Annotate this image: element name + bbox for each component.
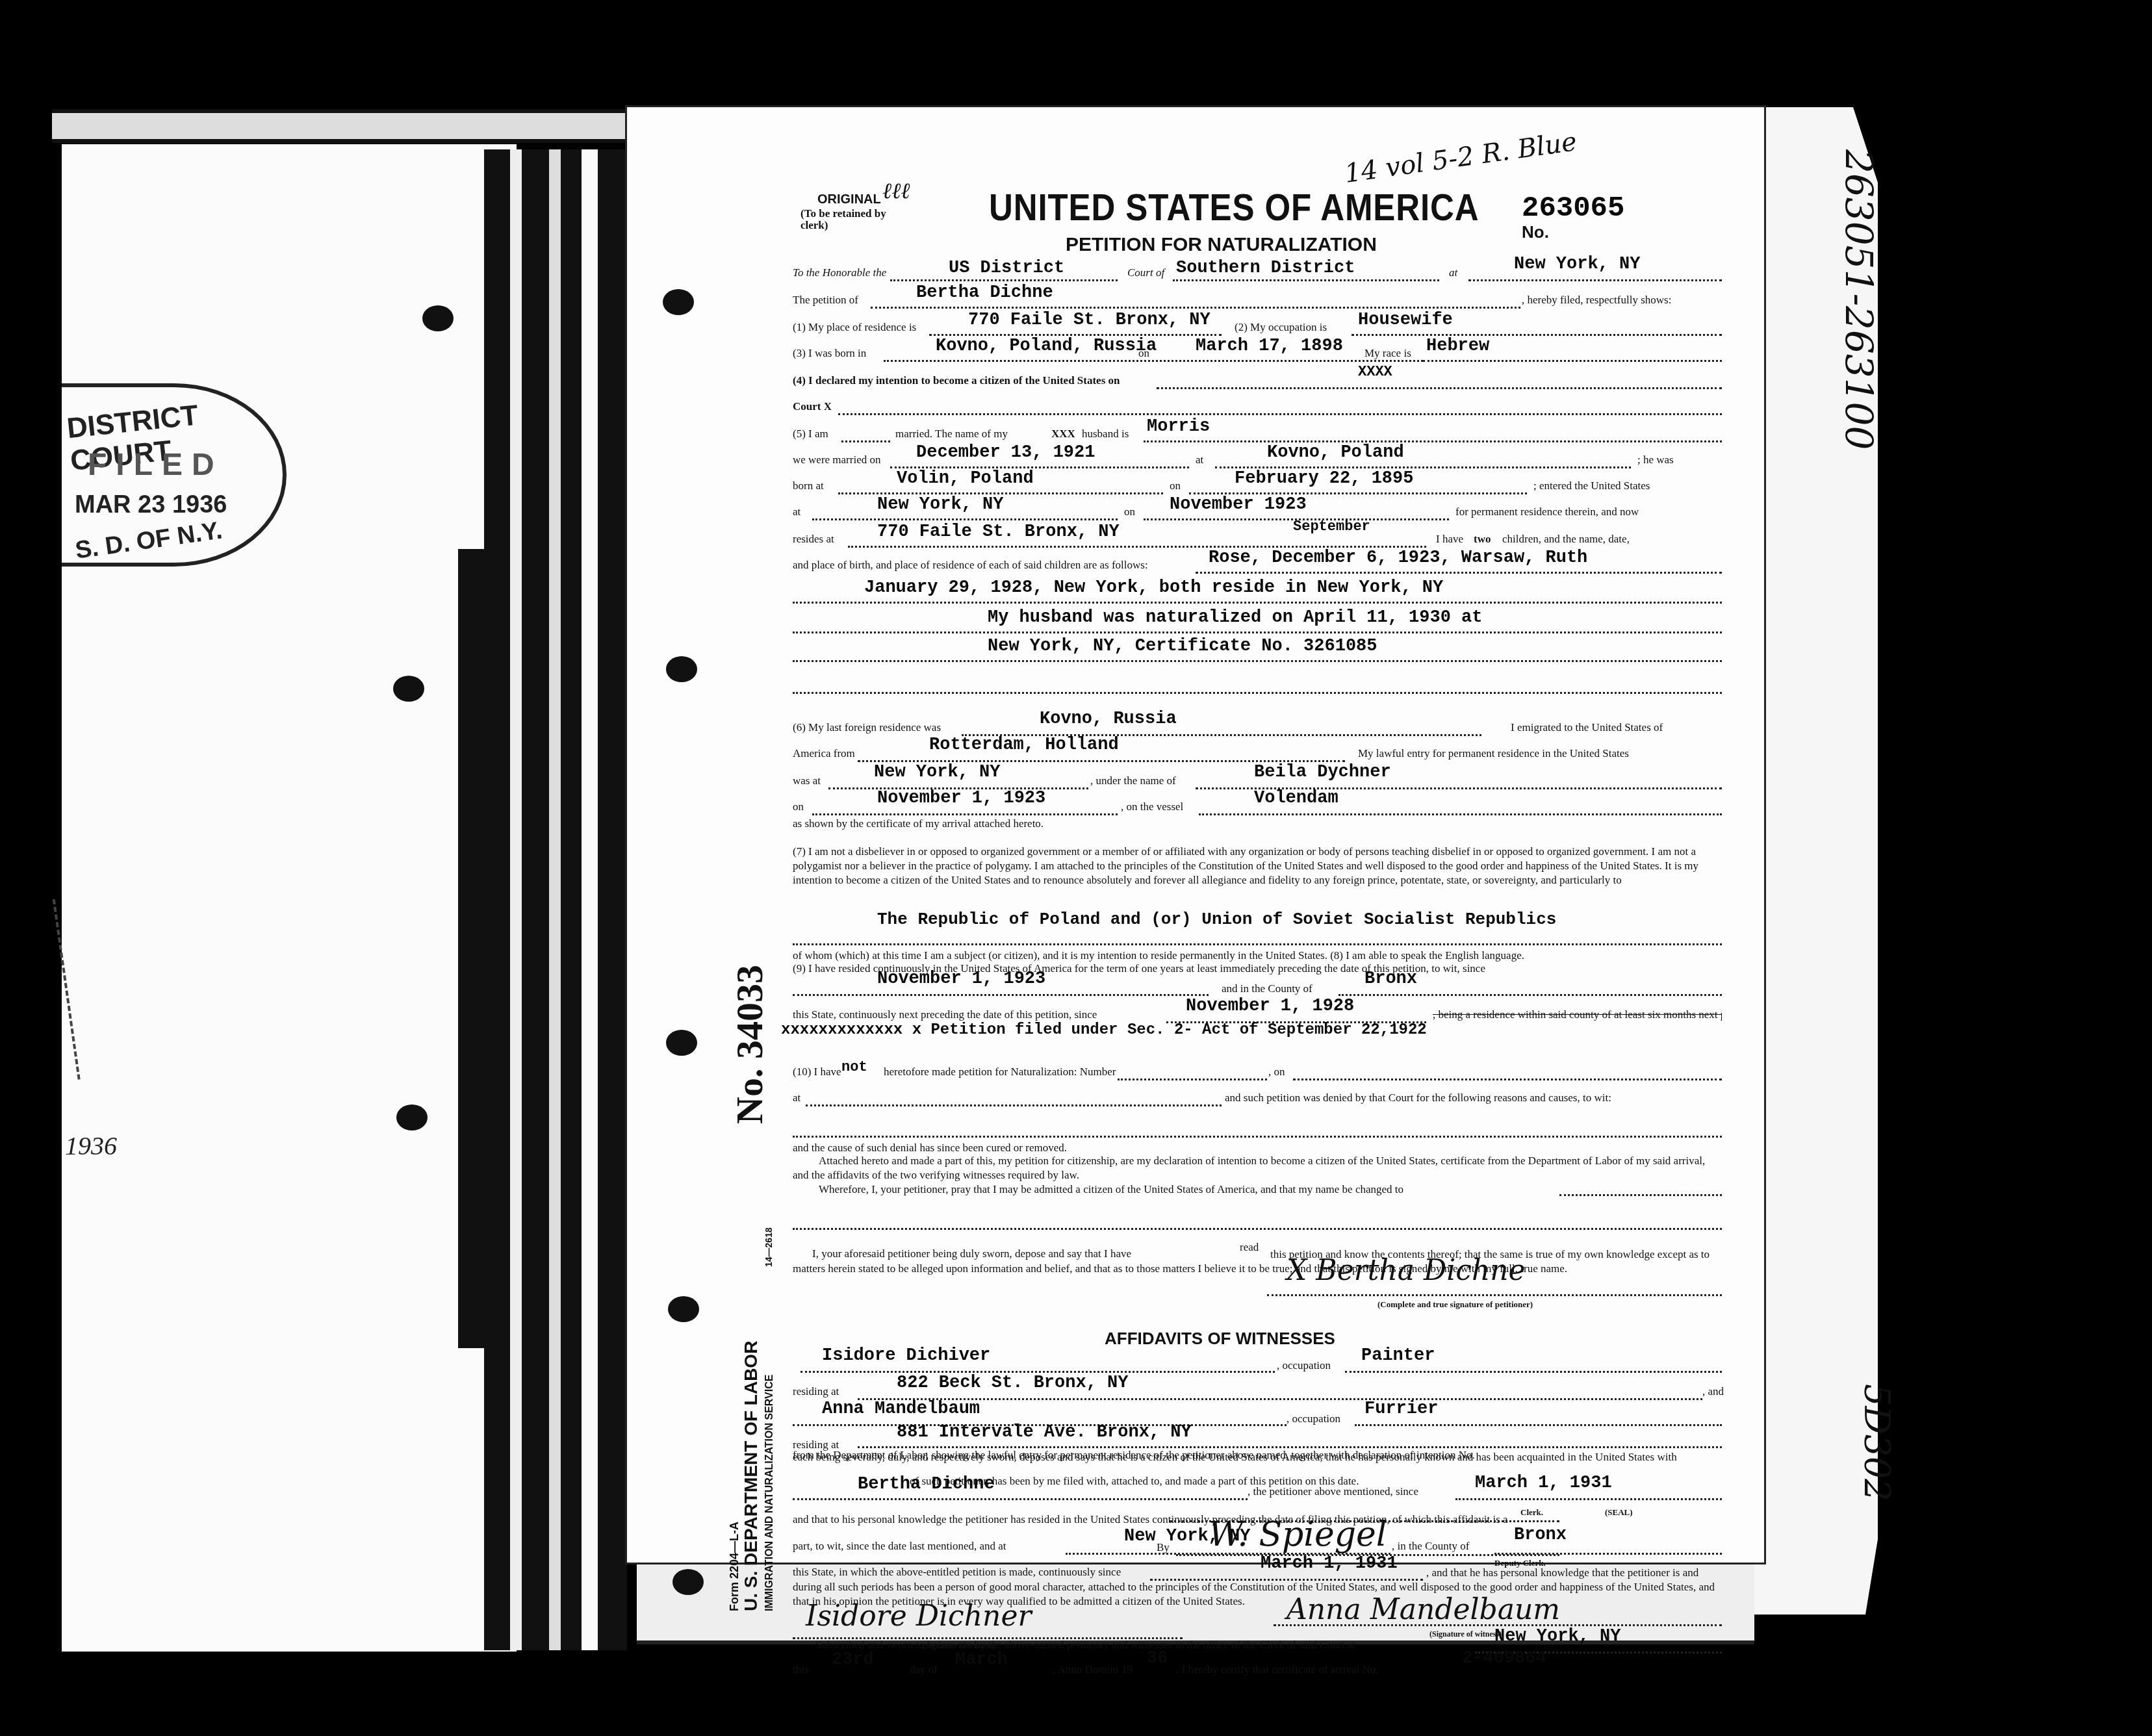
certificate-number: No. 34033 [728, 965, 771, 1124]
county: Bronx [1364, 969, 1417, 989]
form-subtitle: PETITION FOR NATURALIZATION [1066, 234, 1377, 256]
label: on [1170, 479, 1181, 492]
declaration-value: XXXX [1358, 364, 1392, 380]
stamp-filed: FILED [88, 447, 224, 483]
form-number: Form 2204—L-A [728, 1522, 741, 1611]
blank-line [1355, 1424, 1722, 1426]
blank-line [858, 1398, 1702, 1400]
spouse-birthdate: February 22, 1895 [1235, 469, 1413, 489]
spouse-entry-date: November 1923 [1170, 495, 1307, 515]
witness-1-address: 822 Beck St. Bronx, NY [897, 1373, 1128, 1393]
deputy-clerk-line [1176, 1554, 1559, 1556]
label: , occupation [1277, 1359, 1331, 1372]
clerk-block: from the Department of Labor, showing th… [793, 1455, 1722, 1566]
label: , being a residence within said county o… [1433, 1008, 1722, 1021]
affidavits-title: AFFIDAVITS OF WITNESSES [1105, 1329, 1335, 1349]
service: IMMIGRATION AND NATURALIZATION SERVICE [764, 1375, 776, 1611]
residence: 770 Faile St. Bronx, NY [968, 311, 1210, 330]
entry-name: Beila Dychner [1254, 763, 1391, 782]
last-foreign-residence: Kovno, Russia [1040, 709, 1177, 729]
blank-line [812, 813, 1118, 815]
children-line-1: Rose, December 6, 1923, Warsaw, Ruth [1209, 548, 1587, 568]
signature-caption: (Complete and true signature of petition… [1377, 1299, 1533, 1310]
punch-hole-icon [666, 1030, 697, 1056]
label: on [1138, 347, 1149, 360]
department: U. S. DEPARTMENT OF LABOR [741, 1341, 762, 1611]
entry-date: November 1, 1923 [877, 789, 1045, 808]
label: , hereby filed, respectfully shows: [1522, 294, 1671, 307]
blank-line [1189, 492, 1527, 494]
label: at [1449, 266, 1457, 279]
punch-hole-icon [393, 676, 424, 702]
seal-label: (SEAL) [1605, 1507, 1633, 1518]
label: America from [793, 747, 855, 760]
spouse-name: Morris [1147, 417, 1210, 437]
jurat-place: New York, NY [1494, 1627, 1620, 1646]
blank-line [1196, 572, 1722, 574]
blank-line [890, 279, 1118, 281]
prior-petition-value: not [841, 1059, 867, 1075]
blank-line [858, 760, 1345, 762]
retained-note: (To be retained by clerk) [801, 208, 898, 231]
punch-hole-icon [663, 289, 694, 315]
sovereignty: The Republic of Poland and (or) Union of… [877, 910, 1556, 929]
label: and place of birth, and place of residen… [793, 559, 1148, 572]
witness-1-signature: Isidore Dichner [806, 1600, 1032, 1633]
label: at [793, 1091, 801, 1104]
attached-text: Attached hereto and made a part of this,… [793, 1154, 1722, 1182]
label: (3) I was born in [793, 347, 866, 360]
blank-line [1215, 466, 1631, 468]
blank-line [793, 943, 1722, 945]
jurat-month: March [955, 1650, 1008, 1670]
label: My race is [1364, 347, 1411, 360]
allegiance-paragraph: (7) I am not a disbeliever in or opposed… [793, 845, 1722, 887]
occupation: Housewife [1358, 311, 1453, 330]
divider-tab [458, 549, 484, 1348]
blank-line [848, 546, 1426, 548]
blank-line [838, 492, 1163, 494]
blank-line [1199, 813, 1722, 815]
blank-line [793, 632, 1722, 633]
label: Court of [1127, 266, 1164, 279]
blank-line [806, 1104, 1222, 1106]
witness-2-name: Anna Mandelbaum [822, 1399, 980, 1419]
birthplace: Kovno, Poland, Russia [936, 337, 1157, 356]
label: married. The name of my [895, 428, 1008, 440]
jurat-year: 36 [1147, 1649, 1168, 1668]
witness-2-occupation: Furrier [1364, 1399, 1438, 1419]
label: ; he was [1637, 453, 1674, 466]
label: ; entered the United States [1533, 479, 1650, 492]
label: The petition of [793, 294, 858, 307]
punch-hole-icon [672, 1569, 704, 1595]
label: at [1196, 453, 1203, 466]
blank-line [801, 1371, 1275, 1373]
label: for permanent residence therein, and now [1455, 505, 1639, 518]
print-code: 14—2618 [763, 1227, 774, 1267]
cured-text: and the cause of such denial has since b… [793, 1141, 1722, 1155]
spouse-entry-place: New York, NY [877, 495, 1003, 515]
label: (5) I am [793, 428, 828, 440]
blank-line [1345, 1371, 1722, 1373]
blank-line [793, 1136, 1722, 1138]
punch-hole-icon [422, 305, 454, 331]
spouse-residence: 770 Faile St. Bronx, NY [877, 522, 1120, 542]
clerk-label: Clerk. [1520, 1507, 1543, 1518]
by-label: By [1157, 1541, 1170, 1554]
court-type: US District [949, 259, 1064, 278]
us-residence-since: November 1, 1923 [877, 969, 1045, 989]
witness-1-name: Isidore Dichiver [822, 1346, 990, 1366]
court-location: New York, NY [1514, 255, 1640, 274]
label: and such petition was denied by that Cou… [1225, 1091, 1611, 1104]
children-count: two [1474, 533, 1491, 546]
name-change-line [1559, 1194, 1722, 1196]
blank-line [793, 602, 1722, 604]
original-label: ORIGINAL [817, 192, 881, 207]
state-residence-since: November 1, 1928 [1186, 997, 1354, 1016]
blank-line [1351, 334, 1722, 336]
witness-1-occupation: Painter [1361, 1346, 1435, 1366]
label: residing at [793, 1385, 839, 1398]
label: , occupation [1287, 1412, 1340, 1425]
petitioner-name: Bertha Dichne [916, 283, 1053, 303]
section-note: xxxxxxxxxxxxx x Petition filed under Sec… [781, 1021, 1427, 1039]
label: at [793, 505, 801, 518]
children-line-2: January 29, 1928, New York, both reside … [864, 578, 1443, 598]
label: children, and the name, date, [1502, 533, 1630, 546]
witness-2-signature: Anna Mandelbaum [1287, 1593, 1560, 1626]
label: , under the name of [1090, 774, 1176, 787]
label: on [1124, 505, 1135, 518]
blank-line [890, 466, 1189, 468]
blank-line [793, 1228, 1722, 1230]
label: (1) My place of residence is [793, 321, 916, 334]
label: To the Honorable the [793, 266, 886, 279]
blank-line [871, 307, 1520, 309]
children-correction: September [1293, 518, 1370, 535]
label: . I hereby certify that certificate of a… [1176, 1663, 1379, 1676]
blank-line [1173, 279, 1439, 281]
label: and in the County of [1222, 982, 1313, 995]
number-label: No. [1522, 222, 1549, 242]
label: heretofore made petition for Naturalizat… [884, 1066, 1116, 1079]
blank-line [1144, 440, 1722, 442]
clerk-initials: ℓℓℓ [882, 178, 910, 204]
label: resides at [793, 533, 834, 546]
blank-line [812, 518, 1118, 520]
label: husband is [1082, 428, 1129, 440]
petition-number: 263065 [1522, 192, 1624, 225]
witness-signature-caption: (Signature of witness) [1429, 1629, 1502, 1639]
label: My lawful entry for permanent residence … [1358, 747, 1629, 760]
binder-top-edge [52, 109, 630, 143]
stamp-sdny: S. D. OF N.Y. [73, 517, 224, 565]
binder-spine [484, 149, 627, 1650]
blank-line [1157, 387, 1722, 389]
vessel: Volendam [1254, 789, 1339, 808]
label: from the Department of Labor, showing th… [793, 1449, 1475, 1462]
label: (10) I have [793, 1066, 841, 1079]
label: , Anno Domini 19 [1053, 1663, 1133, 1676]
label: we were married on [793, 453, 880, 466]
label: on [793, 800, 804, 813]
label: (2) My occupation is [1235, 321, 1327, 334]
left-page [62, 144, 517, 1652]
blank-line [1293, 1079, 1722, 1080]
blank-line [1468, 279, 1722, 281]
blank-line [793, 660, 1722, 662]
label: XXX [1051, 428, 1075, 440]
document-title: UNITED STATES OF AMERICA [989, 186, 1479, 229]
label: born at [793, 479, 824, 492]
blank-line [1118, 1079, 1267, 1080]
blank-line [929, 334, 1222, 336]
label: Subscribed and sworn to before me by the… [815, 1639, 1355, 1652]
label: this [793, 1663, 809, 1676]
box-note: 5D302 [1856, 1384, 1897, 1501]
label: I emigrated to the United States of [1511, 721, 1663, 734]
label: of such petitioner, has been by me filed… [910, 1475, 1359, 1488]
race: Hebrew [1426, 337, 1489, 356]
arrival-certificate-number: 2-409864 [1462, 1649, 1546, 1668]
label: Court X [793, 400, 832, 413]
blank-line [793, 692, 1722, 694]
label: , and [1702, 1385, 1724, 1398]
blank-line [841, 440, 890, 442]
blank-line [884, 360, 1423, 362]
entry-port: New York, NY [874, 763, 1000, 782]
married-on: December 13, 1921 [916, 443, 1095, 463]
punch-hole-icon [668, 1296, 699, 1322]
label: as shown by the certificate of my arriva… [793, 817, 1044, 830]
court-district: Southern District [1176, 259, 1355, 278]
spouse-birthplace: Volin, Poland [897, 469, 1034, 489]
punch-hole-icon [666, 656, 697, 682]
label: day of [910, 1663, 938, 1676]
label: , on [1268, 1066, 1285, 1079]
blank-line [1339, 994, 1722, 996]
jurat-day: 23rd [832, 1650, 874, 1670]
wherefore-text: Wherefore, I, your petitioner, pray that… [793, 1182, 1559, 1197]
range-note: 263051-263100 [1837, 149, 1881, 450]
signature-line [1267, 1294, 1722, 1296]
blank-line [1423, 360, 1722, 362]
label: this State, continuously next preceding … [793, 1008, 1097, 1021]
children-line-3: My husband was naturalized on April 11, … [988, 608, 1483, 628]
label: , on the vessel [1121, 800, 1183, 813]
deputy-clerk-label: Deputy Clerk. [1494, 1558, 1546, 1568]
oath-text: this petition and know the contents ther… [793, 1247, 1722, 1276]
label: (4) I declared my intention to become a … [793, 374, 1120, 387]
birthdate: March 17, 1898 [1196, 337, 1343, 356]
emigrated-from: Rotterdam, Holland [929, 735, 1119, 755]
label: (6) My last foreign residence was [793, 721, 941, 734]
blank-line [793, 994, 1209, 996]
label: was at [793, 774, 821, 787]
blank-line [838, 413, 1722, 415]
allegiance-after: of whom (which) at this time I am a subj… [793, 949, 1722, 963]
petitioner-signature: X Bertha Dichne [1287, 1254, 1526, 1287]
punch-hole-icon [396, 1104, 428, 1130]
children-line-4: New York, NY, Certificate No. 3261085 [988, 637, 1377, 656]
witness-2-address: 881 Intervale Ave. Bronx, NY [897, 1423, 1192, 1442]
stamp-date: MAR 23 1936 [75, 491, 227, 519]
deputy-clerk-signature: W. Spiegel [1209, 1515, 1387, 1554]
label: I have [1436, 533, 1463, 546]
margin-note: 1936 [65, 1130, 117, 1161]
filed-stamp: DISTRICT COURT FILED MAR 23 1936 S. D. O… [62, 383, 287, 567]
blank-line [858, 1446, 1722, 1448]
married-at: Kovno, Poland [1267, 443, 1404, 463]
